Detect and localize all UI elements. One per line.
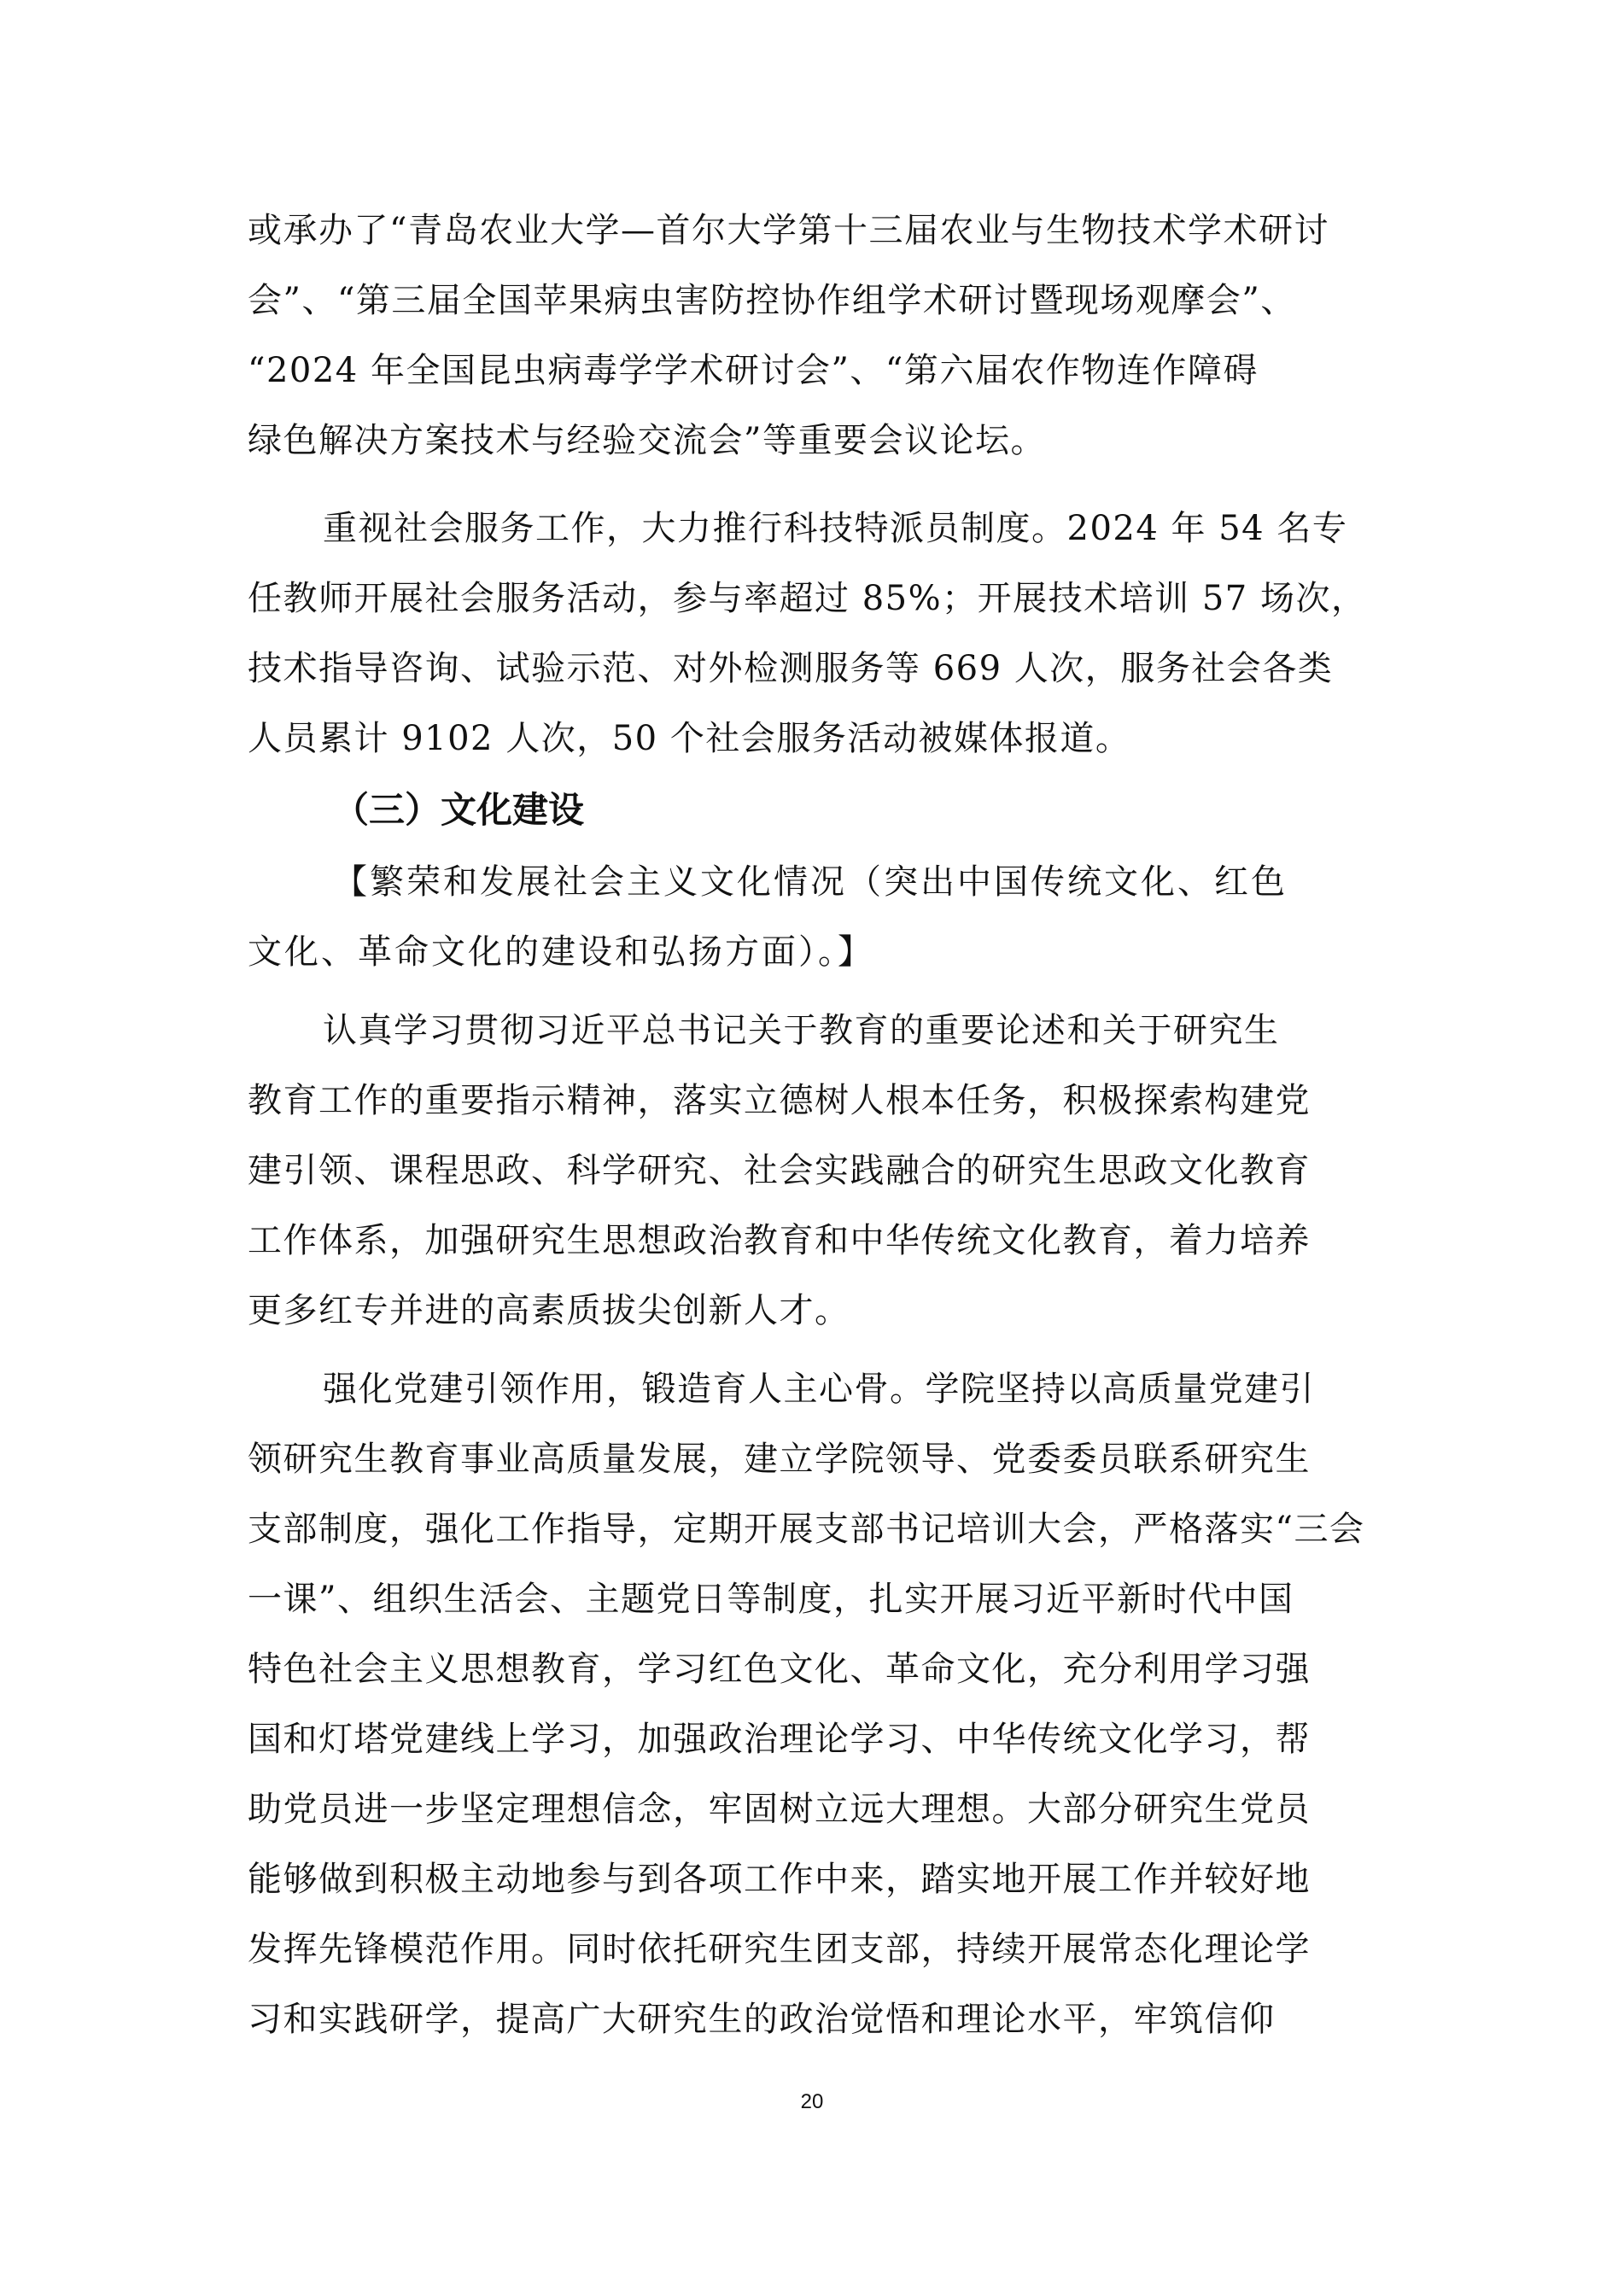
text-line: 或承办了“青岛农业大学—首尔大学第十三届农业与生物技术学术研讨 [248, 196, 1375, 266]
section-heading: （三）文化建设 [248, 775, 1375, 845]
text-line: 能够做到积极主动地参与到各项工作中来，踏实地开展工作并较好地 [248, 1844, 1375, 1914]
text-line: 领研究生教育事业高质量发展，建立学院领导、党委委员联系研究生 [248, 1424, 1375, 1494]
document-page: 或承办了“青岛农业大学—首尔大学第十三届农业与生物技术学术研讨 会”、“第三届全… [0, 0, 1624, 2296]
paragraph-conferences: 或承办了“青岛农业大学—首尔大学第十三届农业与生物技术学术研讨 会”、“第三届全… [248, 196, 1375, 476]
text-line: 一课”、组织生活会、主题党日等制度，扎实开展习近平新时代中国 [248, 1564, 1375, 1634]
text-line: 绿色解决方案技术与经验交流会”等重要会议论坛。 [248, 406, 1375, 476]
text-line: 发挥先锋模范作用。同时依托研究生团支部，持续开展常态化理论学 [248, 1914, 1375, 1984]
text-line: 认真学习贯彻习近平总书记关于教育的重要论述和关于研究生 [248, 996, 1375, 1066]
text-line: 特色社会主义思想教育，学习红色文化、革命文化，充分利用学习强 [248, 1634, 1375, 1704]
text-line: 更多红专并进的高素质拔尖创新人才。 [248, 1276, 1375, 1346]
page-number: 20 [0, 2090, 1624, 2114]
text-line: 强化党建引领作用，锻造育人主心骨。学院坚持以高质量党建引 [248, 1354, 1375, 1424]
note-line: 【繁荣和发展社会主义文化情况（突出中国传统文化、红色 [248, 847, 1375, 917]
text-line: 助党员进一步坚定理想信念，牢固树立远大理想。大部分研究生党员 [248, 1774, 1375, 1844]
section-heading-culture: （三）文化建设 [248, 775, 1375, 845]
text-line: 工作体系，加强研究生思想政治教育和中华传统文化教育，着力培养 [248, 1206, 1375, 1276]
text-line: 建引领、课程思政、科学研究、社会实践融合的研究生思政文化教育 [248, 1136, 1375, 1206]
note-line: 文化、革命文化的建设和弘扬方面）。】 [248, 917, 1375, 987]
text-line: 技术指导咨询、试验示范、对外检测服务等 669 人次，服务社会各类 [248, 634, 1375, 704]
paragraph-study-spirit: 认真学习贯彻习近平总书记关于教育的重要论述和关于研究生 教育工作的重要指示精神，… [248, 996, 1375, 1346]
text-line: 国和灯塔党建线上学习，加强政治理论学习、中华传统文化学习，帮 [248, 1704, 1375, 1774]
section-note: 【繁荣和发展社会主义文化情况（突出中国传统文化、红色 文化、革命文化的建设和弘扬… [248, 847, 1375, 987]
paragraph-party-building: 强化党建引领作用，锻造育人主心骨。学院坚持以高质量党建引 领研究生教育事业高质量… [248, 1354, 1375, 2054]
text-line: 支部制度，强化工作指导，定期开展支部书记培训大会，严格落实“三会 [248, 1494, 1375, 1564]
text-line: 习和实践研学，提高广大研究生的政治觉悟和理论水平，牢筑信仰 [248, 1984, 1375, 2054]
text-line: 任教师开展社会服务活动，参与率超过 85%；开展技术培训 57 场次， [248, 564, 1375, 634]
text-line: 教育工作的重要指示精神，落实立德树人根本任务，积极探索构建党 [248, 1066, 1375, 1136]
paragraph-social-service: 重视社会服务工作，大力推行科技特派员制度。2024 年 54 名专 任教师开展社… [248, 494, 1375, 774]
text-line: 会”、“第三届全国苹果病虫害防控协作组学术研讨暨现场观摩会”、 [248, 266, 1375, 336]
text-line: 人员累计 9102 人次，50 个社会服务活动被媒体报道。 [248, 704, 1375, 774]
text-line: “2024 年全国昆虫病毒学学术研讨会”、“第六届农作物连作障碍 [248, 336, 1375, 406]
text-line: 重视社会服务工作，大力推行科技特派员制度。2024 年 54 名专 [248, 494, 1375, 564]
